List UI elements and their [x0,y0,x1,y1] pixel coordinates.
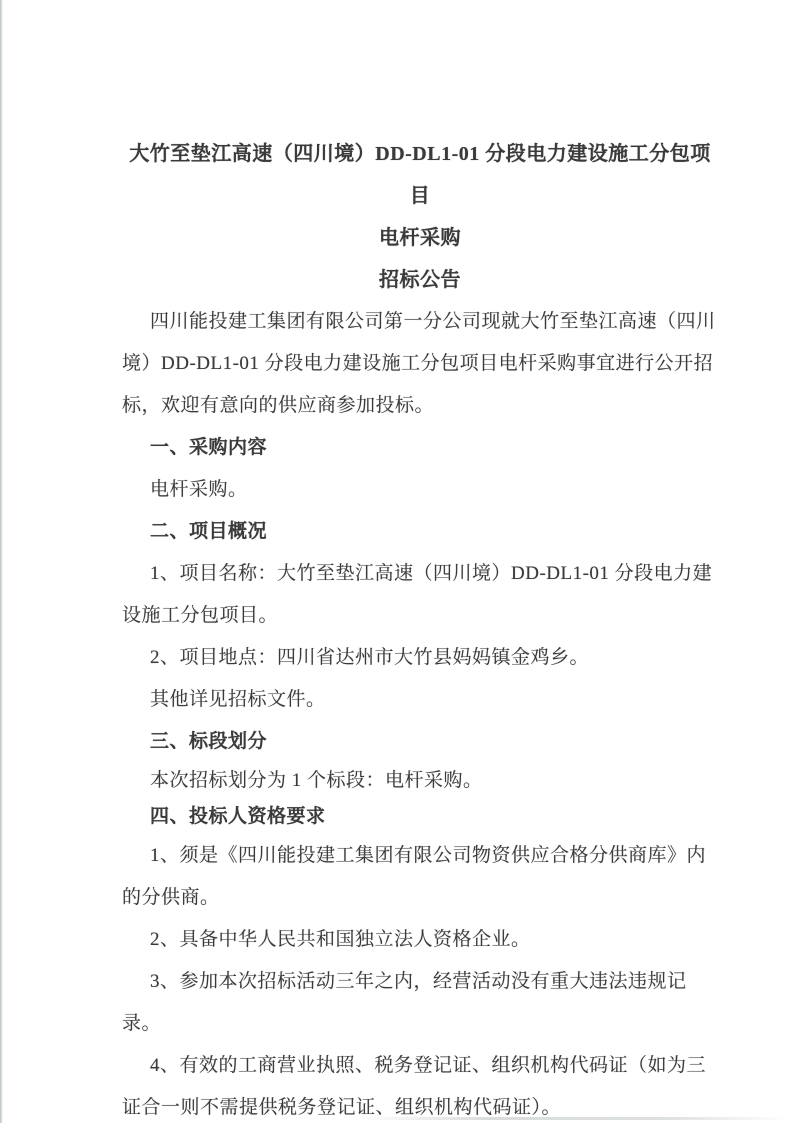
section-4-requirement-2: 2、具备中华人民共和国独立法人资格企业。 [122,919,718,961]
section-4-requirement-4: 4、有效的工商营业执照、税务登记证、组织机构代码证（如为三证合一则不需提供税务登… [122,1045,718,1123]
intro-paragraph: 四川能投建工集团有限公司第一分公司现就大竹至垫江高速（四川境）DD-DL1-01… [122,301,718,427]
doc-title-line-procurement: 电杆采购 [122,217,718,259]
section-2-item-project-name: 1、项目名称：大竹至垫江高速（四川境）DD-DL1-01 分段电力建设施工分包项… [122,553,718,637]
section-heading-3: 三、标段划分 [122,721,718,763]
section-2-item-see-documents: 其他详见招标文件。 [122,679,718,721]
section-1-paragraph: 电杆采购。 [122,469,718,511]
document-content: 大竹至垫江高速（四川境）DD-DL1-01 分段电力建设施工分包项目 电杆采购 … [122,133,718,1123]
section-4-requirement-1: 1、须是《四川能投建工集团有限公司物资供应合格分供商库》内的分供商。 [122,835,718,919]
scanner-edge-artifact [0,0,3,1123]
document-page: 大竹至垫江高速（四川境）DD-DL1-01 分段电力建设施工分包项目 电杆采购 … [0,0,794,1123]
section-heading-2: 二、项目概况 [122,511,718,553]
section-4-requirement-3: 3、参加本次招标活动三年之内，经营活动没有重大违法违规记录。 [122,961,718,1045]
section-heading-1: 一、采购内容 [122,427,718,469]
section-heading-4: 四、投标人资格要求 [122,799,718,835]
doc-title-line-project: 大竹至垫江高速（四川境）DD-DL1-01 分段电力建设施工分包项目 [122,133,718,217]
section-3-paragraph: 本次招标划分为 1 个标段：电杆采购。 [122,763,718,799]
doc-title-line-announcement: 招标公告 [122,259,718,301]
section-2-item-project-place: 2、项目地点：四川省达州市大竹县妈妈镇金鸡乡。 [122,637,718,679]
